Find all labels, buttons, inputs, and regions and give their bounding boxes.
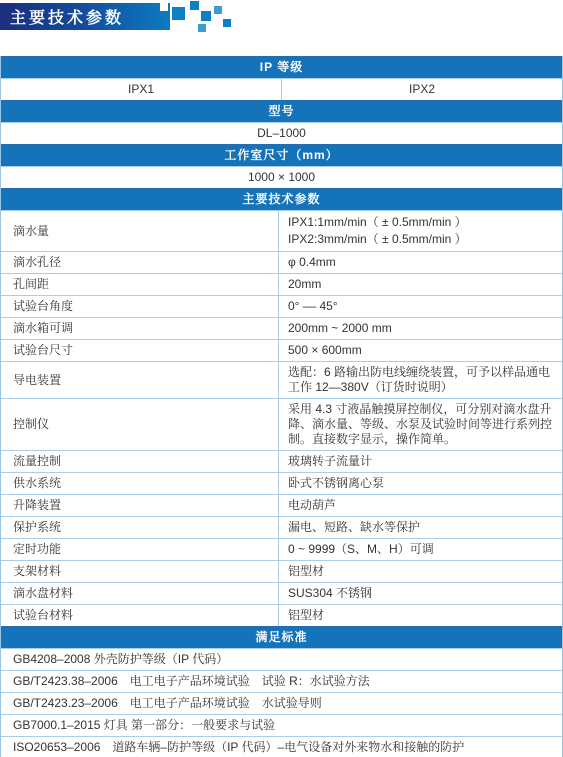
param-value: 20mm — [279, 274, 562, 295]
split-cell: IPX1 — [1, 79, 281, 100]
mosaic-square — [190, 1, 199, 10]
table-row: 孔间距20mm — [1, 273, 562, 295]
param-label: 试验台材料 — [1, 605, 279, 626]
param-label: 孔间距 — [1, 274, 279, 295]
param-label: 滴水量 — [1, 211, 279, 251]
param-value: 卧式不锈钢离心泵 — [279, 473, 562, 494]
param-value: 铝型材 — [279, 605, 562, 626]
param-value-line: IPX1:1mm/min（ ± 0.5mm/min ） — [288, 214, 553, 231]
section-header-row: 型号 — [1, 100, 562, 122]
section-header-row: 工作室尺寸（mm） — [1, 144, 562, 166]
param-label: 试验台尺寸 — [1, 340, 279, 361]
table-row: 导电装置选配：6 路输出防电线缠绕装置，可予以样品通电工作 12—380V（订货… — [1, 361, 562, 398]
standard-text: GB4208–2008 外壳防护等级（IP 代码） — [1, 649, 562, 670]
section-header-row: 主要技术参数 — [1, 188, 562, 210]
param-label: 滴水盘材料 — [1, 583, 279, 604]
param-value: 0 ~ 9999（S、M、H）可调 — [279, 539, 562, 560]
param-value: 玻璃转子流量计 — [279, 451, 562, 472]
spec-table: IP 等级IPX1IPX2型号DL–1000工作室尺寸（mm）1000 × 10… — [0, 56, 563, 757]
table-row: GB4208–2008 外壳防护等级（IP 代码） — [1, 648, 562, 670]
table-row: 试验台尺寸500 × 600mm — [1, 339, 562, 361]
mosaic-square — [172, 7, 185, 20]
param-value: 选配：6 路输出防电线缠绕装置，可予以样品通电工作 12—380V（订货时说明） — [279, 362, 562, 398]
table-row: ISO20653–2006 道路车辆–防护等级（IP 代码）–电气设备对外来物水… — [1, 736, 562, 757]
standard-text: GB/T2423.23–2006 电工电子产品环境试验 水试验导则 — [1, 693, 562, 714]
param-value: 漏电、短路、缺水等保护 — [279, 517, 562, 538]
mosaic-square — [198, 24, 206, 32]
mosaic-square — [214, 6, 222, 14]
table-row: 控制仪采用 4.3 寸液晶触摸屏控制仪，可分别对滴水盘升降、滴水量、等级、水泵及… — [1, 398, 562, 450]
table-row: GB7000.1–2015 灯具 第一部分：一般要求与试验 — [1, 714, 562, 736]
param-label: 试验台角度 — [1, 296, 279, 317]
param-label: 滴水孔径 — [1, 252, 279, 273]
row-value: 1000 × 1000 — [1, 167, 562, 188]
param-label: 滴水箱可调 — [1, 318, 279, 339]
table-row: 定时功能0 ~ 9999（S、M、H）可调 — [1, 538, 562, 560]
section-header-label: 满足标准 — [1, 627, 562, 648]
table-row: 试验台角度0° –– 45° — [1, 295, 562, 317]
standard-text: GB/T2423.38–2006 电工电子产品环境试验 试验 R：水试验方法 — [1, 671, 562, 692]
section-header-label: IP 等级 — [1, 57, 562, 78]
table-row: DL–1000 — [1, 122, 562, 144]
table-row: 滴水箱可调200mm ~ 2000 mm — [1, 317, 562, 339]
table-row: GB/T2423.38–2006 电工电子产品环境试验 试验 R：水试验方法 — [1, 670, 562, 692]
table-row: 供水系统卧式不锈钢离心泵 — [1, 472, 562, 494]
table-row: 支架材料铝型材 — [1, 560, 562, 582]
table-row: 滴水量IPX1:1mm/min（ ± 0.5mm/min ）IPX2:3mm/m… — [1, 210, 562, 251]
table-row: 保护系统漏电、短路、缺水等保护 — [1, 516, 562, 538]
param-label: 支架材料 — [1, 561, 279, 582]
param-label: 定时功能 — [1, 539, 279, 560]
param-value: IPX1:1mm/min（ ± 0.5mm/min ）IPX2:3mm/min（… — [279, 211, 562, 251]
param-value: 0° –– 45° — [279, 296, 562, 317]
param-label: 控制仪 — [1, 399, 279, 450]
param-label: 供水系统 — [1, 473, 279, 494]
param-value: 200mm ~ 2000 mm — [279, 318, 562, 339]
param-value: SUS304 不锈钢 — [279, 583, 562, 604]
param-value: φ 0.4mm — [279, 252, 562, 273]
table-row: IPX1IPX2 — [1, 78, 562, 100]
page-title: 主要技术参数 — [0, 5, 124, 28]
param-value: 铝型材 — [279, 561, 562, 582]
param-label: 导电装置 — [1, 362, 279, 398]
section-header-label: 主要技术参数 — [1, 189, 562, 210]
section-header-row: 满足标准 — [1, 626, 562, 648]
section-header-label: 型号 — [1, 101, 562, 122]
section-header-label: 工作室尺寸（mm） — [1, 145, 562, 166]
standard-text: GB7000.1–2015 灯具 第一部分：一般要求与试验 — [1, 715, 562, 736]
table-row: 1000 × 1000 — [1, 166, 562, 188]
param-value: 采用 4.3 寸液晶触摸屏控制仪，可分别对滴水盘升降、滴水量、等级、水泵及试验时… — [279, 399, 562, 450]
table-row: 升降装置电动葫芦 — [1, 494, 562, 516]
table-row: 滴水孔径φ 0.4mm — [1, 251, 562, 273]
page: { "banner": { "title": "主要技术参数" }, "colo… — [0, 0, 563, 757]
mosaic-square — [223, 19, 231, 27]
table-row: 试验台材料铝型材 — [1, 604, 562, 626]
param-label: 保护系统 — [1, 517, 279, 538]
param-value: 电动葫芦 — [279, 495, 562, 516]
row-value: DL–1000 — [1, 123, 562, 144]
standard-text: ISO20653–2006 道路车辆–防护等级（IP 代码）–电气设备对外来物水… — [1, 737, 562, 757]
param-label: 升降装置 — [1, 495, 279, 516]
table-row: 流量控制玻璃转子流量计 — [1, 450, 562, 472]
split-cell: IPX2 — [281, 79, 562, 100]
table-row: 滴水盘材料SUS304 不锈钢 — [1, 582, 562, 604]
mosaic-square — [201, 11, 211, 21]
param-label: 流量控制 — [1, 451, 279, 472]
table-row: GB/T2423.23–2006 电工电子产品环境试验 水试验导则 — [1, 692, 562, 714]
page-banner: 主要技术参数 — [0, 3, 170, 30]
param-value-line: IPX2:3mm/min（ ± 0.5mm/min ） — [288, 231, 553, 248]
param-value: 500 × 600mm — [279, 340, 562, 361]
section-header-row: IP 等级 — [1, 56, 562, 78]
